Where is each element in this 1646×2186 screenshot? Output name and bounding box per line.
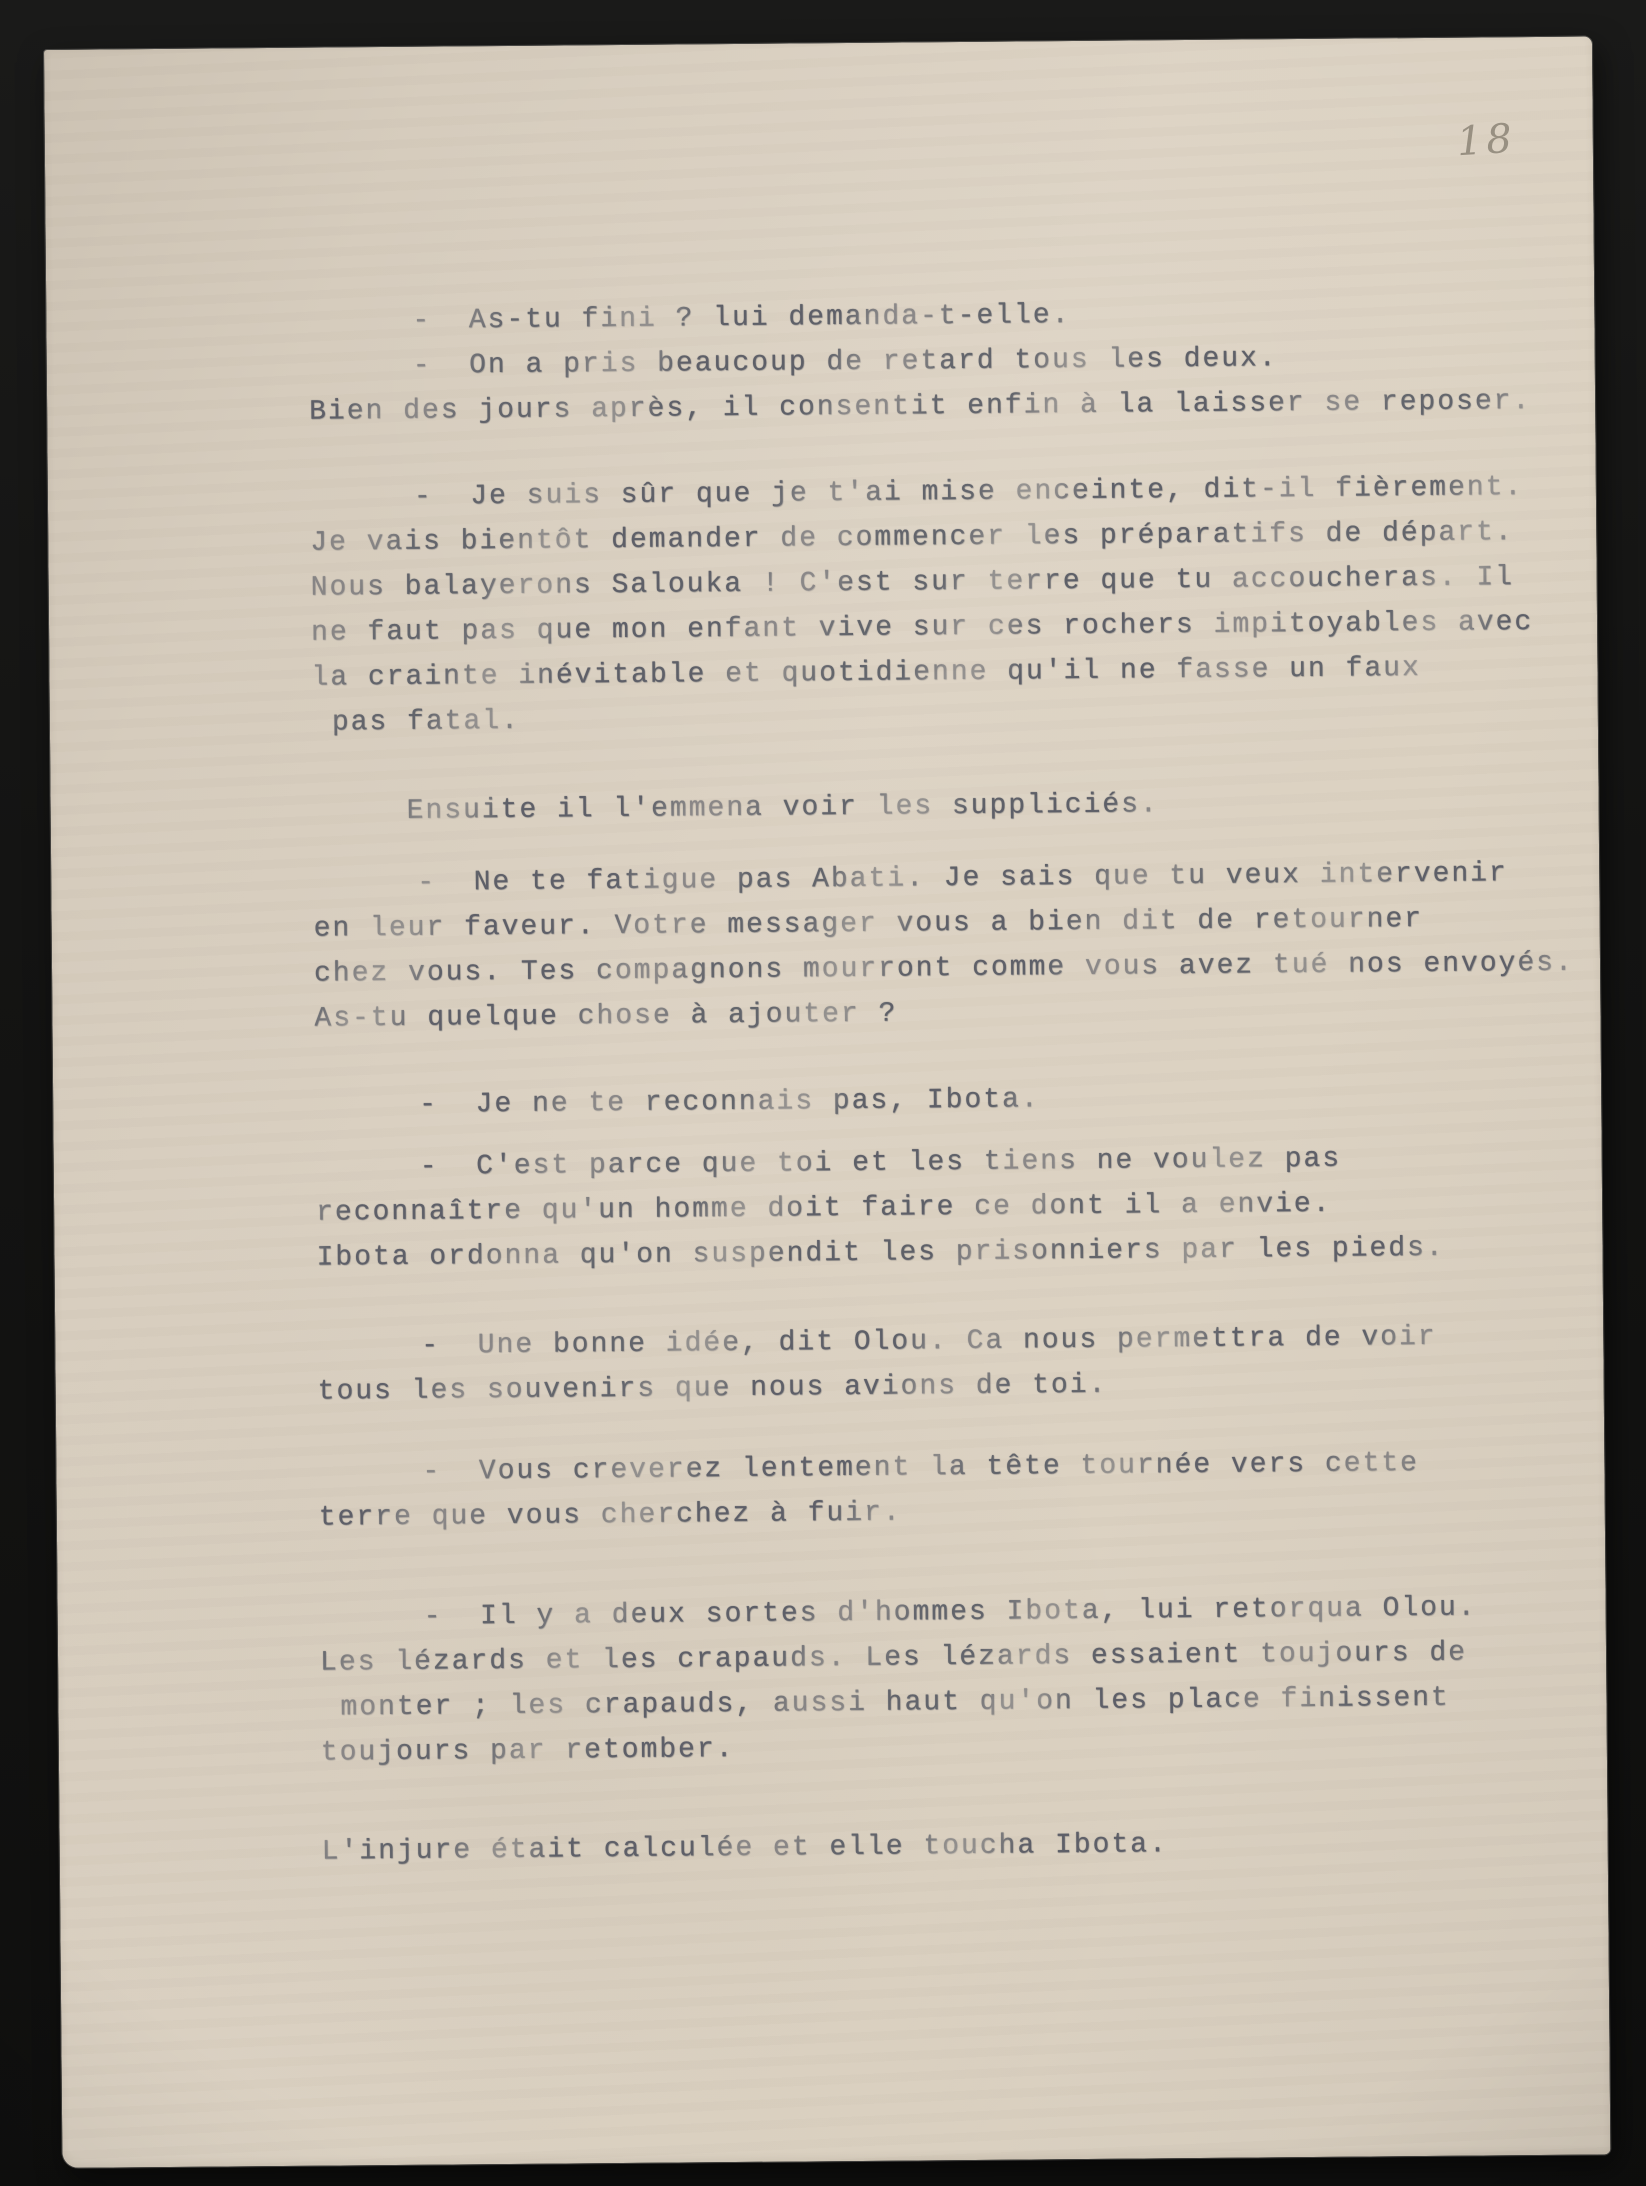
- paragraph: - Je suis sûr que je t'ai mise enceinte,…: [310, 464, 1622, 745]
- photo-background: 18 - As-tu fini ? lui demanda-t-elle.- O…: [0, 0, 1646, 2186]
- paragraph: - Je ne te reconnais pas, Ibota.: [315, 1072, 1625, 1128]
- page-number: 18: [1455, 116, 1517, 166]
- paragraph: - Il y a deux sortes d'hommes Ibota, lui…: [319, 1584, 1631, 1775]
- paragraph: - C'est parce que toi et les tiens ne vo…: [316, 1134, 1627, 1280]
- paragraph: - Ne te fatigue pas Abati. Je sais que t…: [313, 850, 1625, 1041]
- text-line: - Je ne te reconnais pas, Ibota.: [315, 1072, 1625, 1128]
- text-line: L'injure était calculée et elle toucha I…: [322, 1818, 1632, 1874]
- paragraph: Ensuite il l'emmena voir les suppliciés.: [312, 778, 1622, 834]
- paragraph: - Vous creverez lentement la tête tourné…: [318, 1439, 1629, 1540]
- document-page: 18 - As-tu fini ? lui demanda-t-elle.- O…: [44, 36, 1610, 2167]
- paragraph: - Une bonne idée, dit Olou. Ca nous perm…: [317, 1313, 1628, 1414]
- typewritten-text: - As-tu fini ? lui demanda-t-elle.- On a…: [308, 288, 1632, 1874]
- paragraph: - As-tu fini ? lui demanda-t-elle.- On a…: [308, 288, 1619, 434]
- paragraph: L'injure était calculée et elle toucha I…: [322, 1818, 1632, 1874]
- text-line: Ensuite il l'emmena voir les suppliciés.: [312, 778, 1622, 834]
